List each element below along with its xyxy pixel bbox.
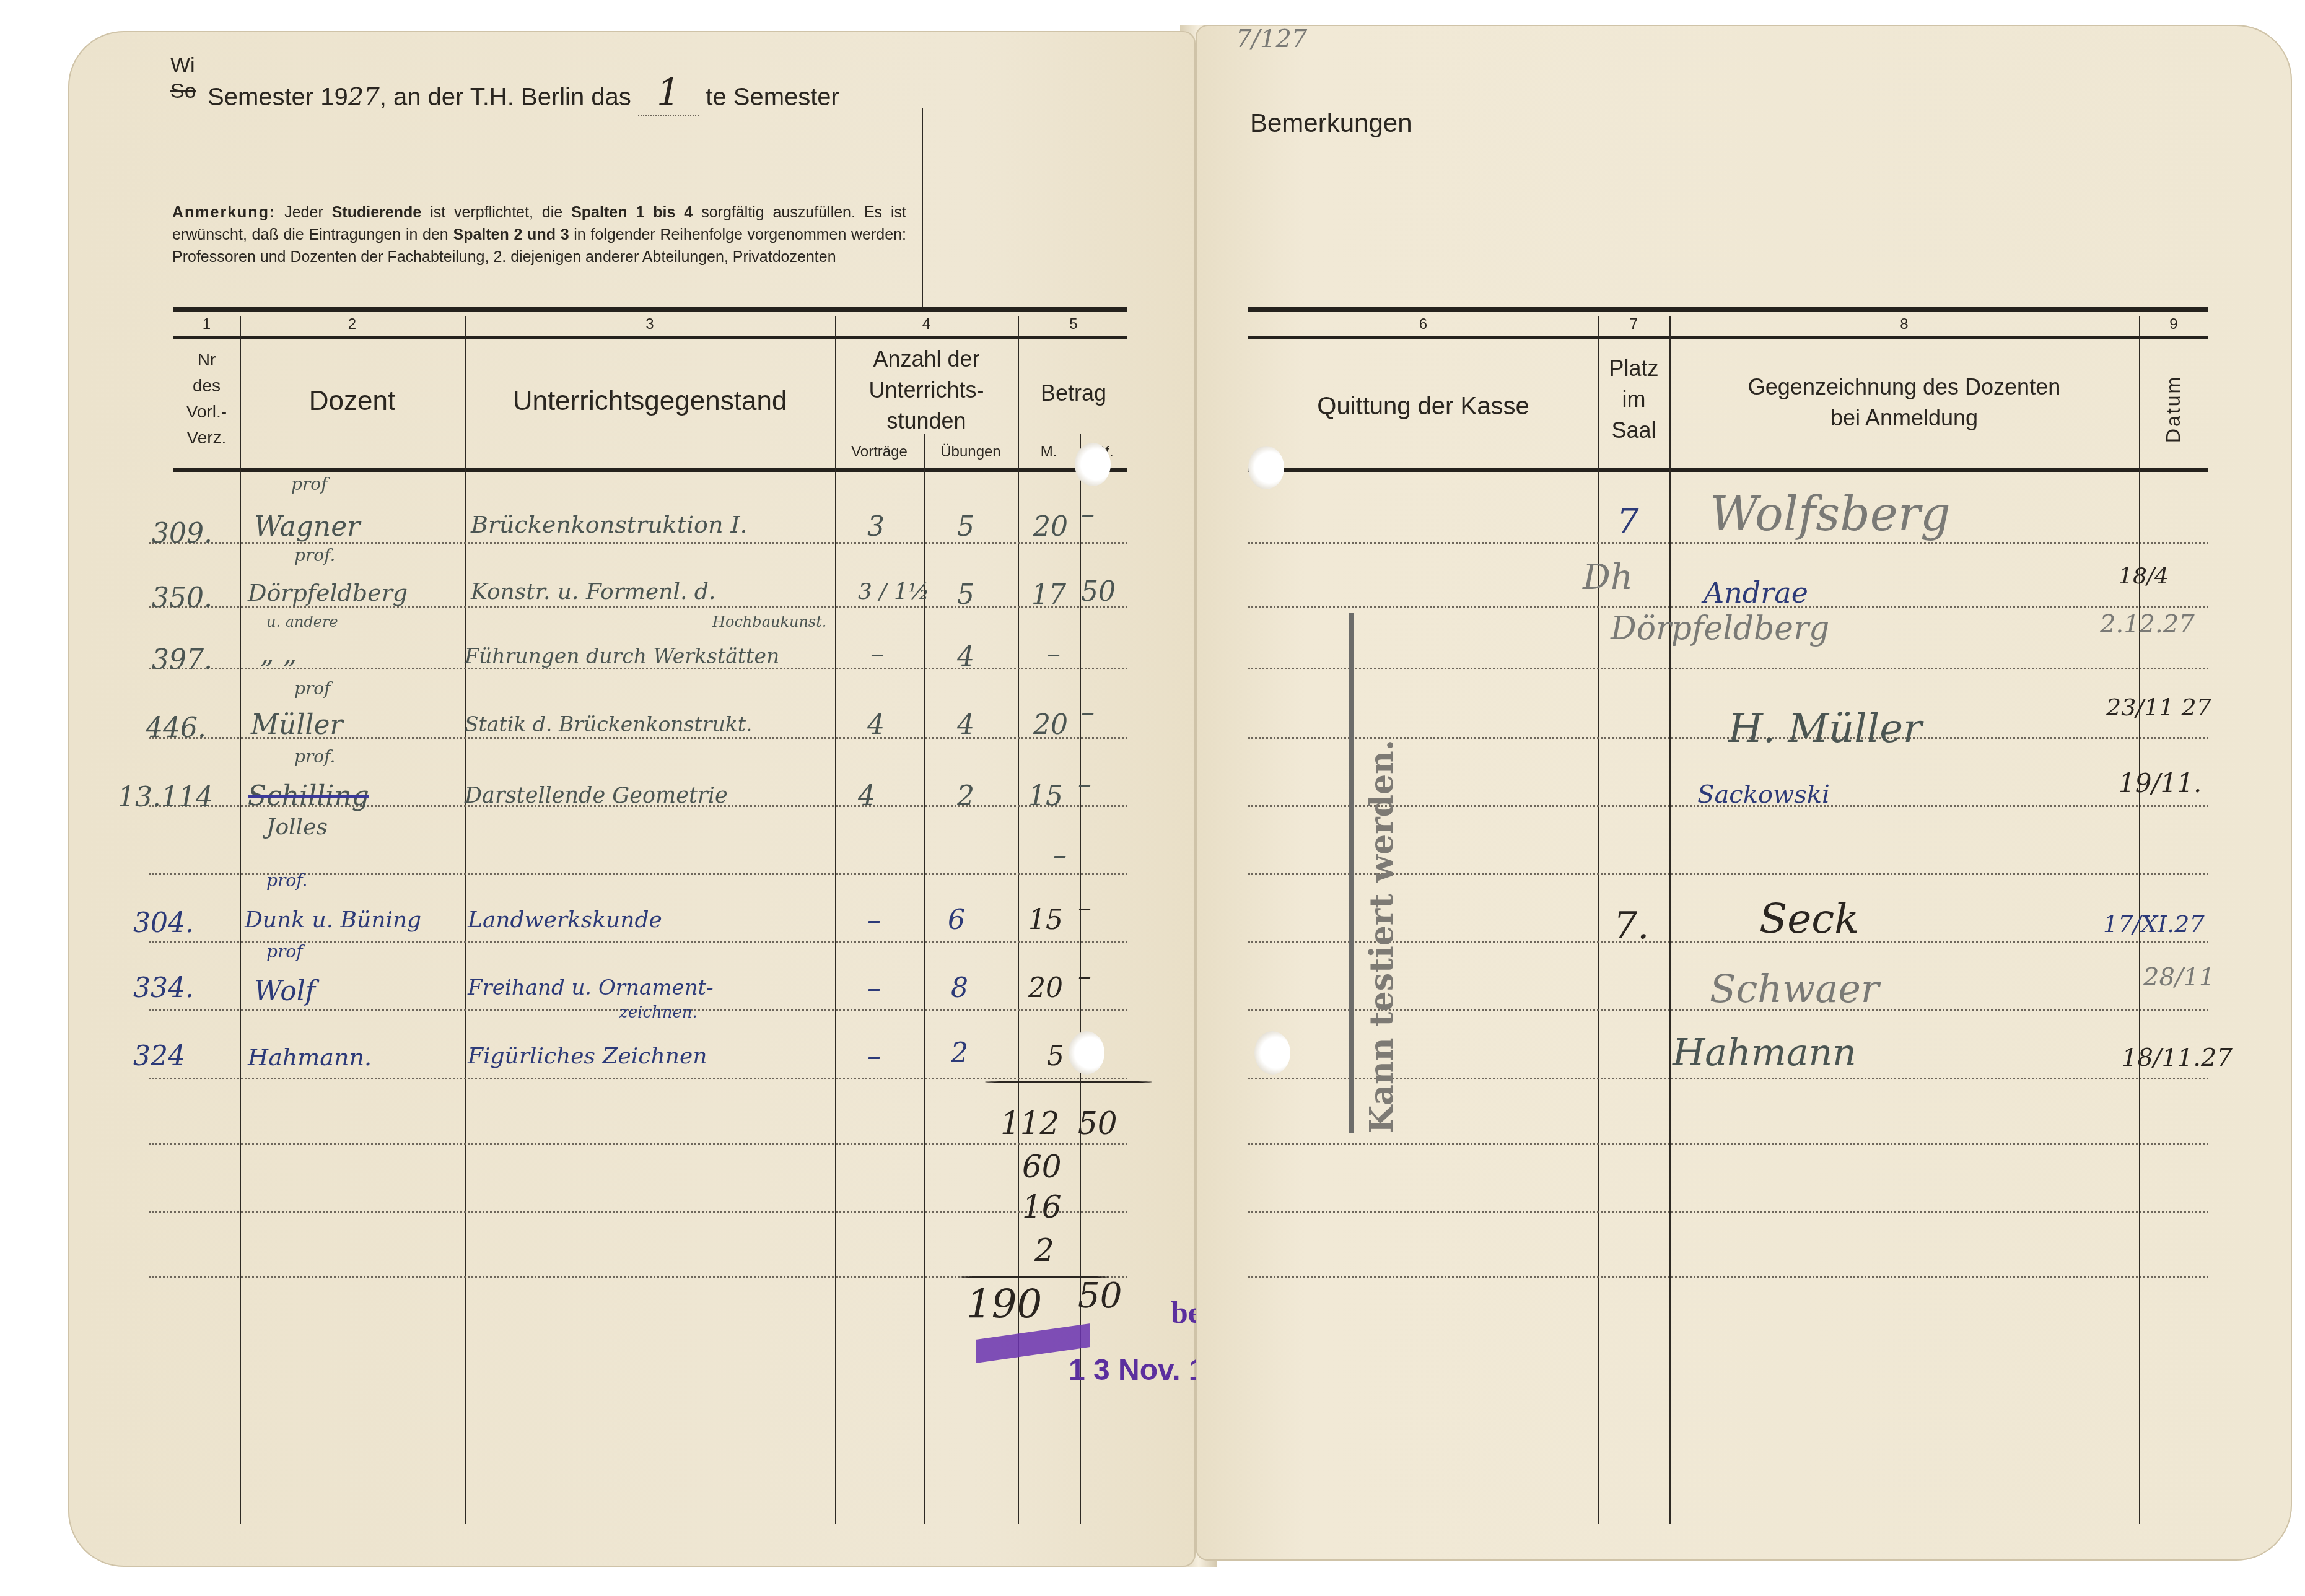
row-dozent: Hahmann. — [248, 1044, 372, 1071]
semester-label: Semester 19 — [208, 84, 348, 111]
column-number-2: 2 — [240, 316, 465, 333]
row-gegenstand-note: Hochbaukunst. — [712, 613, 826, 630]
row-line — [1248, 1276, 2208, 1278]
header-anzahl-3: stunden — [835, 406, 1018, 437]
addition-2: 16 — [1022, 1189, 1062, 1225]
row-datum: 17/XI.27 — [2103, 910, 2205, 938]
semester-suffix: te Semester — [706, 84, 839, 111]
row-betrag-m: 20 — [1028, 972, 1063, 1004]
header-betrag: Betrag — [1018, 378, 1129, 409]
row-uebungen: 5 — [957, 511, 974, 543]
column-number-3: 3 — [465, 316, 835, 333]
header-nr-2: des — [173, 373, 240, 399]
subtotal-pfennig: 50 — [1078, 1105, 1118, 1141]
row-datum: 18/11.27 — [2122, 1044, 2233, 1072]
row-line — [149, 1078, 1127, 1079]
row-gegenstand: Figürliches Zeichnen — [468, 1044, 707, 1069]
corner-note: 7/127 — [1236, 25, 1307, 53]
bemerkungen-label: Bemerkungen — [1250, 108, 1412, 138]
note-text: Anmerkung: Jeder Studierende ist verpfli… — [172, 201, 906, 268]
header-gegenstand: Unterrichtsgegenstand — [465, 385, 835, 417]
right-col-divider-1 — [1598, 316, 1599, 1524]
row-gegenstand: Darstellende Geometrie — [465, 783, 728, 808]
row-signature: Seck — [1759, 895, 1859, 943]
row-vortraege: 3 / 1½ — [858, 579, 930, 604]
stamp-bar — [1349, 613, 1354, 1133]
header-platz-2: im — [1598, 384, 1669, 415]
row-nr: 334. — [133, 972, 194, 1004]
row-betrag-m: 20 — [1033, 511, 1068, 543]
row-betrag-m: – — [1047, 638, 1061, 669]
semester-prefix-top: Wi — [170, 53, 195, 77]
header-gegenzeichnung-1: Gegenzeichnung des Dozenten — [1669, 372, 2139, 403]
row-platz: 7 — [1617, 502, 1639, 542]
column-number-8: 8 — [1669, 316, 2139, 333]
header-gegenzeichnung-2: bei Anmeldung — [1669, 403, 2139, 434]
row-nr: 13.114 — [118, 782, 213, 813]
header-platz-1: Platz — [1598, 353, 1669, 384]
header-dozent: Dozent — [240, 385, 465, 417]
row-gegenstand: Konstr. u. Formenl. d. — [471, 579, 715, 604]
semester-prefix-bottom: So — [170, 79, 196, 103]
right-colnum-rule — [1248, 336, 2208, 339]
row-vortraege: – — [867, 1040, 881, 1072]
row-dozent: Dörpfeldberg — [248, 579, 408, 606]
semester-year: 27 — [348, 83, 380, 111]
row-betrag-m: 20 — [1033, 709, 1068, 741]
column-number-4: 4 — [835, 316, 1018, 333]
row-nr: 446. — [146, 712, 206, 744]
row-uebungen: 4 — [957, 709, 974, 741]
header-nr: Nr des Vorl.- Verz. — [173, 347, 240, 451]
column-number-1: 1 — [173, 316, 240, 333]
row-uebungen: 6 — [948, 904, 965, 936]
row-gegenstand-note: zeichnen. — [619, 1003, 698, 1022]
note-t1: Jeder — [284, 204, 323, 221]
header-quittung: Quittung der Kasse — [1248, 390, 1598, 422]
row-betrag-pf: – — [1078, 960, 1091, 992]
col-divider-3 — [835, 316, 836, 1524]
row-nr: 309. — [152, 518, 212, 549]
row-gegenstand: Statik d. Brückenkonstrukt. — [465, 712, 753, 736]
header-nr-4: Verz. — [173, 425, 240, 451]
row-dozent: Wolf — [254, 975, 315, 1007]
row-dozent: Schilling — [248, 780, 369, 812]
row-dozent: Müller — [251, 709, 343, 741]
header-vortraege: Vorträge — [835, 443, 924, 461]
column-number-6: 6 — [1248, 316, 1598, 333]
row-signature: Hahmann — [1673, 1031, 1857, 1075]
punch-hole — [1248, 446, 1284, 489]
total-mark: 190 — [966, 1282, 1042, 1328]
header-nr-1: Nr — [173, 347, 240, 373]
header-anzahl-1: Anzahl der — [835, 344, 1018, 375]
semester-mid: , an der T.H. Berlin das — [380, 84, 631, 111]
row-dozent: Wagner — [254, 511, 360, 543]
semester-heading: Semester 1927, an der T.H. Berlin das 1 … — [208, 71, 839, 115]
header-anzahl: Anzahl der Unterrichts- stunden — [835, 344, 1018, 437]
right-header-bottom-rule — [1248, 468, 2208, 472]
header-platz-3: Saal — [1598, 415, 1669, 446]
row-vortraege: – — [867, 972, 881, 1004]
row-line — [1248, 542, 2208, 544]
header-mark: M. — [1018, 443, 1080, 461]
column-number-9: 9 — [2139, 316, 2208, 333]
row-title: prof — [291, 474, 328, 494]
sum-line — [985, 1081, 1152, 1083]
row-nr: 397. — [152, 644, 212, 676]
row-uebungen: 2 — [951, 1037, 968, 1069]
row-vortraege: 4 — [858, 780, 875, 812]
row-signature: Wolfsberg — [1710, 486, 1951, 541]
row-betrag-pf: 50 — [1081, 576, 1116, 608]
row-betrag-pf: – — [1081, 499, 1095, 530]
header-gegenzeichnung: Gegenzeichnung des Dozenten bei Anmeldun… — [1669, 372, 2139, 434]
row-betrag-m: 5 — [1047, 1040, 1064, 1072]
row-datum: 19/11. — [2119, 768, 2202, 798]
row-dozent-note: Jolles — [266, 814, 328, 840]
row-title: prof. — [266, 870, 307, 891]
right-col-divider-2 — [1669, 316, 1671, 1524]
row-gegenstand: Führungen durch Werkstätten — [465, 644, 779, 668]
note-b3: Spalten 2 und 3 — [453, 226, 569, 243]
row-vortraege: – — [867, 904, 881, 936]
row-dozent-note: u. andere — [266, 613, 338, 630]
kann-testiert-stamp: Kann testiert werden. — [1363, 739, 1401, 1133]
column-number-7: 7 — [1598, 316, 1669, 333]
row-uebungen: 8 — [951, 972, 968, 1004]
row-title: prof. — [294, 746, 335, 767]
note-b1: Studierende — [332, 204, 421, 221]
addition-1: 60 — [1022, 1149, 1062, 1185]
header-datum: Datum — [2162, 375, 2185, 443]
row-betrag-m: 17 — [1031, 579, 1066, 611]
row-nr: 304. — [133, 907, 194, 939]
column-number-5: 5 — [1018, 316, 1129, 333]
punch-hole — [1075, 443, 1111, 486]
header-platz: Platz im Saal — [1598, 353, 1669, 446]
header-nr-3: Vorl.- — [173, 399, 240, 425]
row-signature: Sackowski — [1697, 780, 1830, 809]
col-divider-1 — [240, 316, 241, 1524]
row-gegenstand: Brückenkonstruktion I. — [471, 511, 748, 538]
addition-3: 2 — [1034, 1232, 1054, 1268]
row-platz: 7. — [1614, 904, 1649, 948]
row-nr: 324 — [133, 1040, 185, 1072]
punch-hole — [1254, 1031, 1290, 1075]
row-betrag-m: 15 — [1028, 904, 1063, 936]
row-uebungen: 2 — [957, 780, 974, 812]
row-betrag-pf: – — [1078, 768, 1091, 800]
row-line — [149, 1211, 1127, 1213]
row-betrag-pf: – — [1081, 697, 1095, 728]
row-gegenstand: Freihand u. Ornament- — [468, 975, 714, 1000]
table-top-rule — [173, 307, 1127, 312]
header-bottom-rule — [173, 468, 1127, 472]
note-b2: Spalten 1 bis 4 — [571, 204, 693, 221]
right-table-top-rule — [1248, 307, 2208, 312]
row-signature: Dörpfeldberg — [1611, 610, 1829, 647]
row-uebungen: 5 — [957, 579, 974, 611]
row-datum: 2.12.27 — [2100, 610, 2195, 639]
row-betrag-pf: – — [1078, 892, 1091, 923]
row-nr: 350. — [152, 582, 212, 614]
row-title: prof — [266, 941, 303, 962]
row-line — [1248, 668, 2208, 669]
note-label: Anmerkung: — [172, 204, 276, 221]
row-line — [149, 1143, 1127, 1145]
row-title: prof — [294, 678, 331, 699]
colnum-rule — [173, 336, 1127, 339]
row-platz-initials: Dh — [1583, 557, 1633, 598]
row-line — [1248, 1211, 2208, 1213]
row-datum: 18/4 — [2119, 564, 2169, 589]
subtotal-mark: 112 — [1000, 1105, 1059, 1141]
row-datum: 23/11 27 — [2106, 694, 2211, 721]
row-uebungen: 4 — [957, 641, 974, 673]
row-vortraege: – — [870, 638, 884, 669]
header-divider — [922, 108, 923, 307]
row-vortraege: 3 — [867, 511, 885, 543]
row-betrag-m: – — [1053, 839, 1067, 871]
row-signature: H. Müller — [1728, 706, 1922, 752]
row-gegenstand: Landwerkskunde — [468, 907, 662, 933]
header-anzahl-2: Unterrichts- — [835, 375, 1018, 406]
row-dozent: Dunk u. Büning — [245, 907, 421, 933]
semester-number: 1 — [638, 71, 699, 116]
row-dozent: „ „ — [260, 638, 297, 669]
row-vortraege: 4 — [867, 709, 885, 741]
row-line — [1248, 1143, 2208, 1145]
row-betrag-m: 15 — [1028, 780, 1063, 812]
col-divider-2 — [465, 316, 466, 1524]
note-t2: ist verpflichtet, die — [430, 204, 562, 221]
row-signature: Andrae — [1704, 576, 1808, 609]
row-signature: Schwaer — [1710, 966, 1879, 1011]
punch-hole — [1069, 1031, 1104, 1075]
total-pfennig: 50 — [1078, 1276, 1122, 1316]
header-uebungen: Übungen — [924, 443, 1018, 461]
row-datum: 28/11 — [2143, 963, 2215, 992]
row-title: prof. — [294, 545, 335, 565]
